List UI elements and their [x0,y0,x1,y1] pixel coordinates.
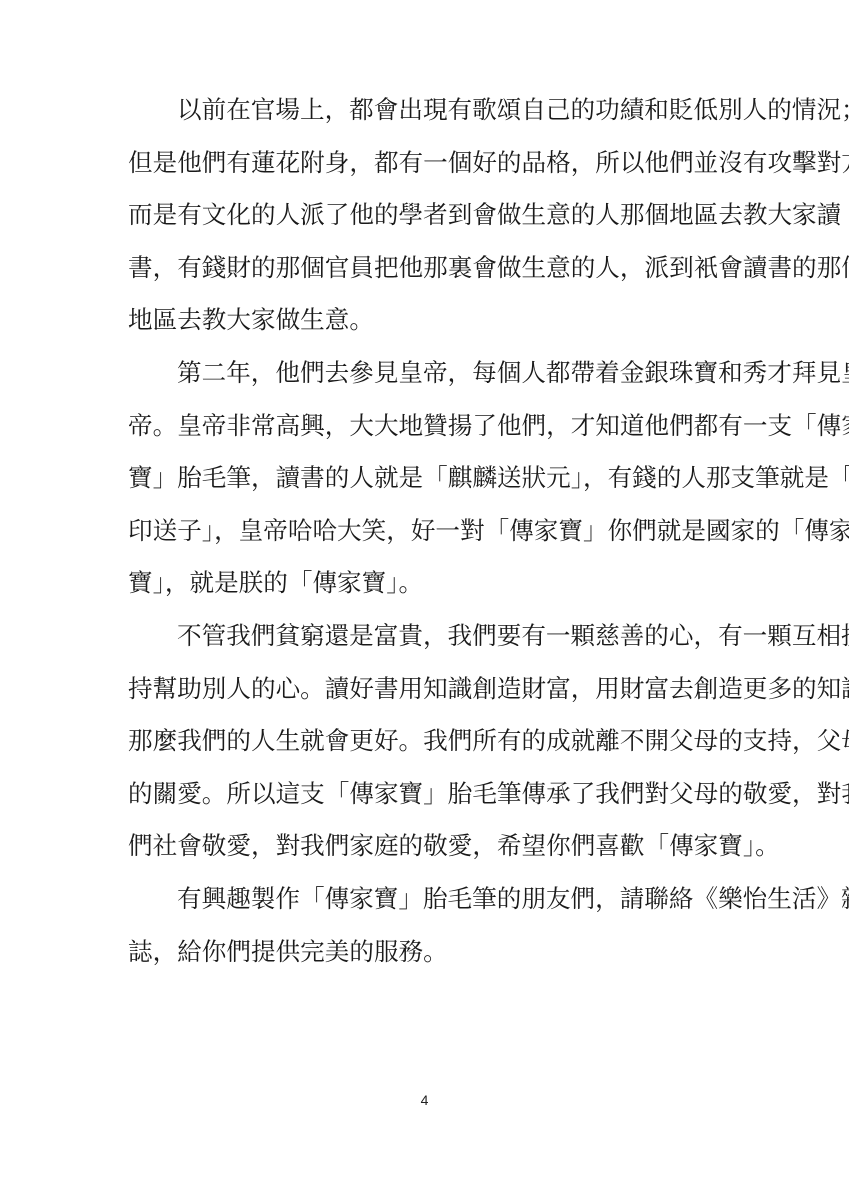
text-line: 們社會敬愛，對我們家庭的敬愛，希望你們喜歡「傳家寶」。 [128,820,720,873]
paragraph-1: 以前在官場上，都會出現有歌頌自己的功績和貶低別人的情況； 但是他們有蓮花附身，都… [128,84,720,347]
text-line: 的關愛。所以這支「傳家寶」胎毛筆傳承了我們對父母的敬愛，對我 [128,768,720,821]
text-line: 以前在官場上，都會出現有歌頌自己的功績和貶低別人的情況； [128,84,720,137]
text-line: 書，有錢財的那個官員把他那裏會做生意的人，派到衹會讀書的那個 [128,242,720,295]
text-line: 那麼我們的人生就會更好。我們所有的成就離不開父母的支持，父母 [128,715,720,768]
text-line: 第二年，他們去參見皇帝，每個人都帶着金銀珠寶和秀才拜見皇 [128,347,720,400]
text-line: 寶」胎毛筆，讀書的人就是「麒麟送狀元」，有錢的人那支筆就是「官 [128,452,720,505]
text-line: 帝。皇帝非常高興，大大地贊揚了他們，才知道他們都有一支「傳家 [128,400,720,453]
text-line: 地區去教大家做生意。 [128,294,720,347]
document-page: 以前在官場上，都會出現有歌頌自己的功績和貶低別人的情況； 但是他們有蓮花附身，都… [0,0,849,1200]
text-line: 寶」，就是朕的「傳家寶」。 [128,557,720,610]
paragraph-4: 有興趣製作「傳家寶」胎毛筆的朋友們，請聯絡《樂怡生活》雜 誌，給你們提供完美的服… [128,873,720,978]
paragraph-2: 第二年，他們去參見皇帝，每個人都帶着金銀珠寶和秀才拜見皇 帝。皇帝非常高興，大大… [128,347,720,610]
text-line: 持幫助別人的心。讀好書用知識創造財富，用財富去創造更多的知識， [128,663,720,716]
text-line: 而是有文化的人派了他的學者到會做生意的人那個地區去教大家讀 [128,189,720,242]
text-line: 但是他們有蓮花附身，都有一個好的品格，所以他們並沒有攻擊對方， [128,137,720,190]
paragraph-3: 不管我們貧窮還是富貴，我們要有一顆慈善的心，有一顆互相扶 持幫助別人的心。讀好書… [128,610,720,873]
text-line: 印送子」，皇帝哈哈大笑，好一對「傳家寶」你們就是國家的「傳家 [128,505,720,558]
text-line: 不管我們貧窮還是富貴，我們要有一顆慈善的心，有一顆互相扶 [128,610,720,663]
document-body: 以前在官場上，都會出現有歌頌自己的功績和貶低別人的情況； 但是他們有蓮花附身，都… [128,84,720,978]
text-line: 誌，給你們提供完美的服務。 [128,926,720,979]
page-number: 4 [0,1092,849,1108]
text-line: 有興趣製作「傳家寶」胎毛筆的朋友們，請聯絡《樂怡生活》雜 [128,873,720,926]
